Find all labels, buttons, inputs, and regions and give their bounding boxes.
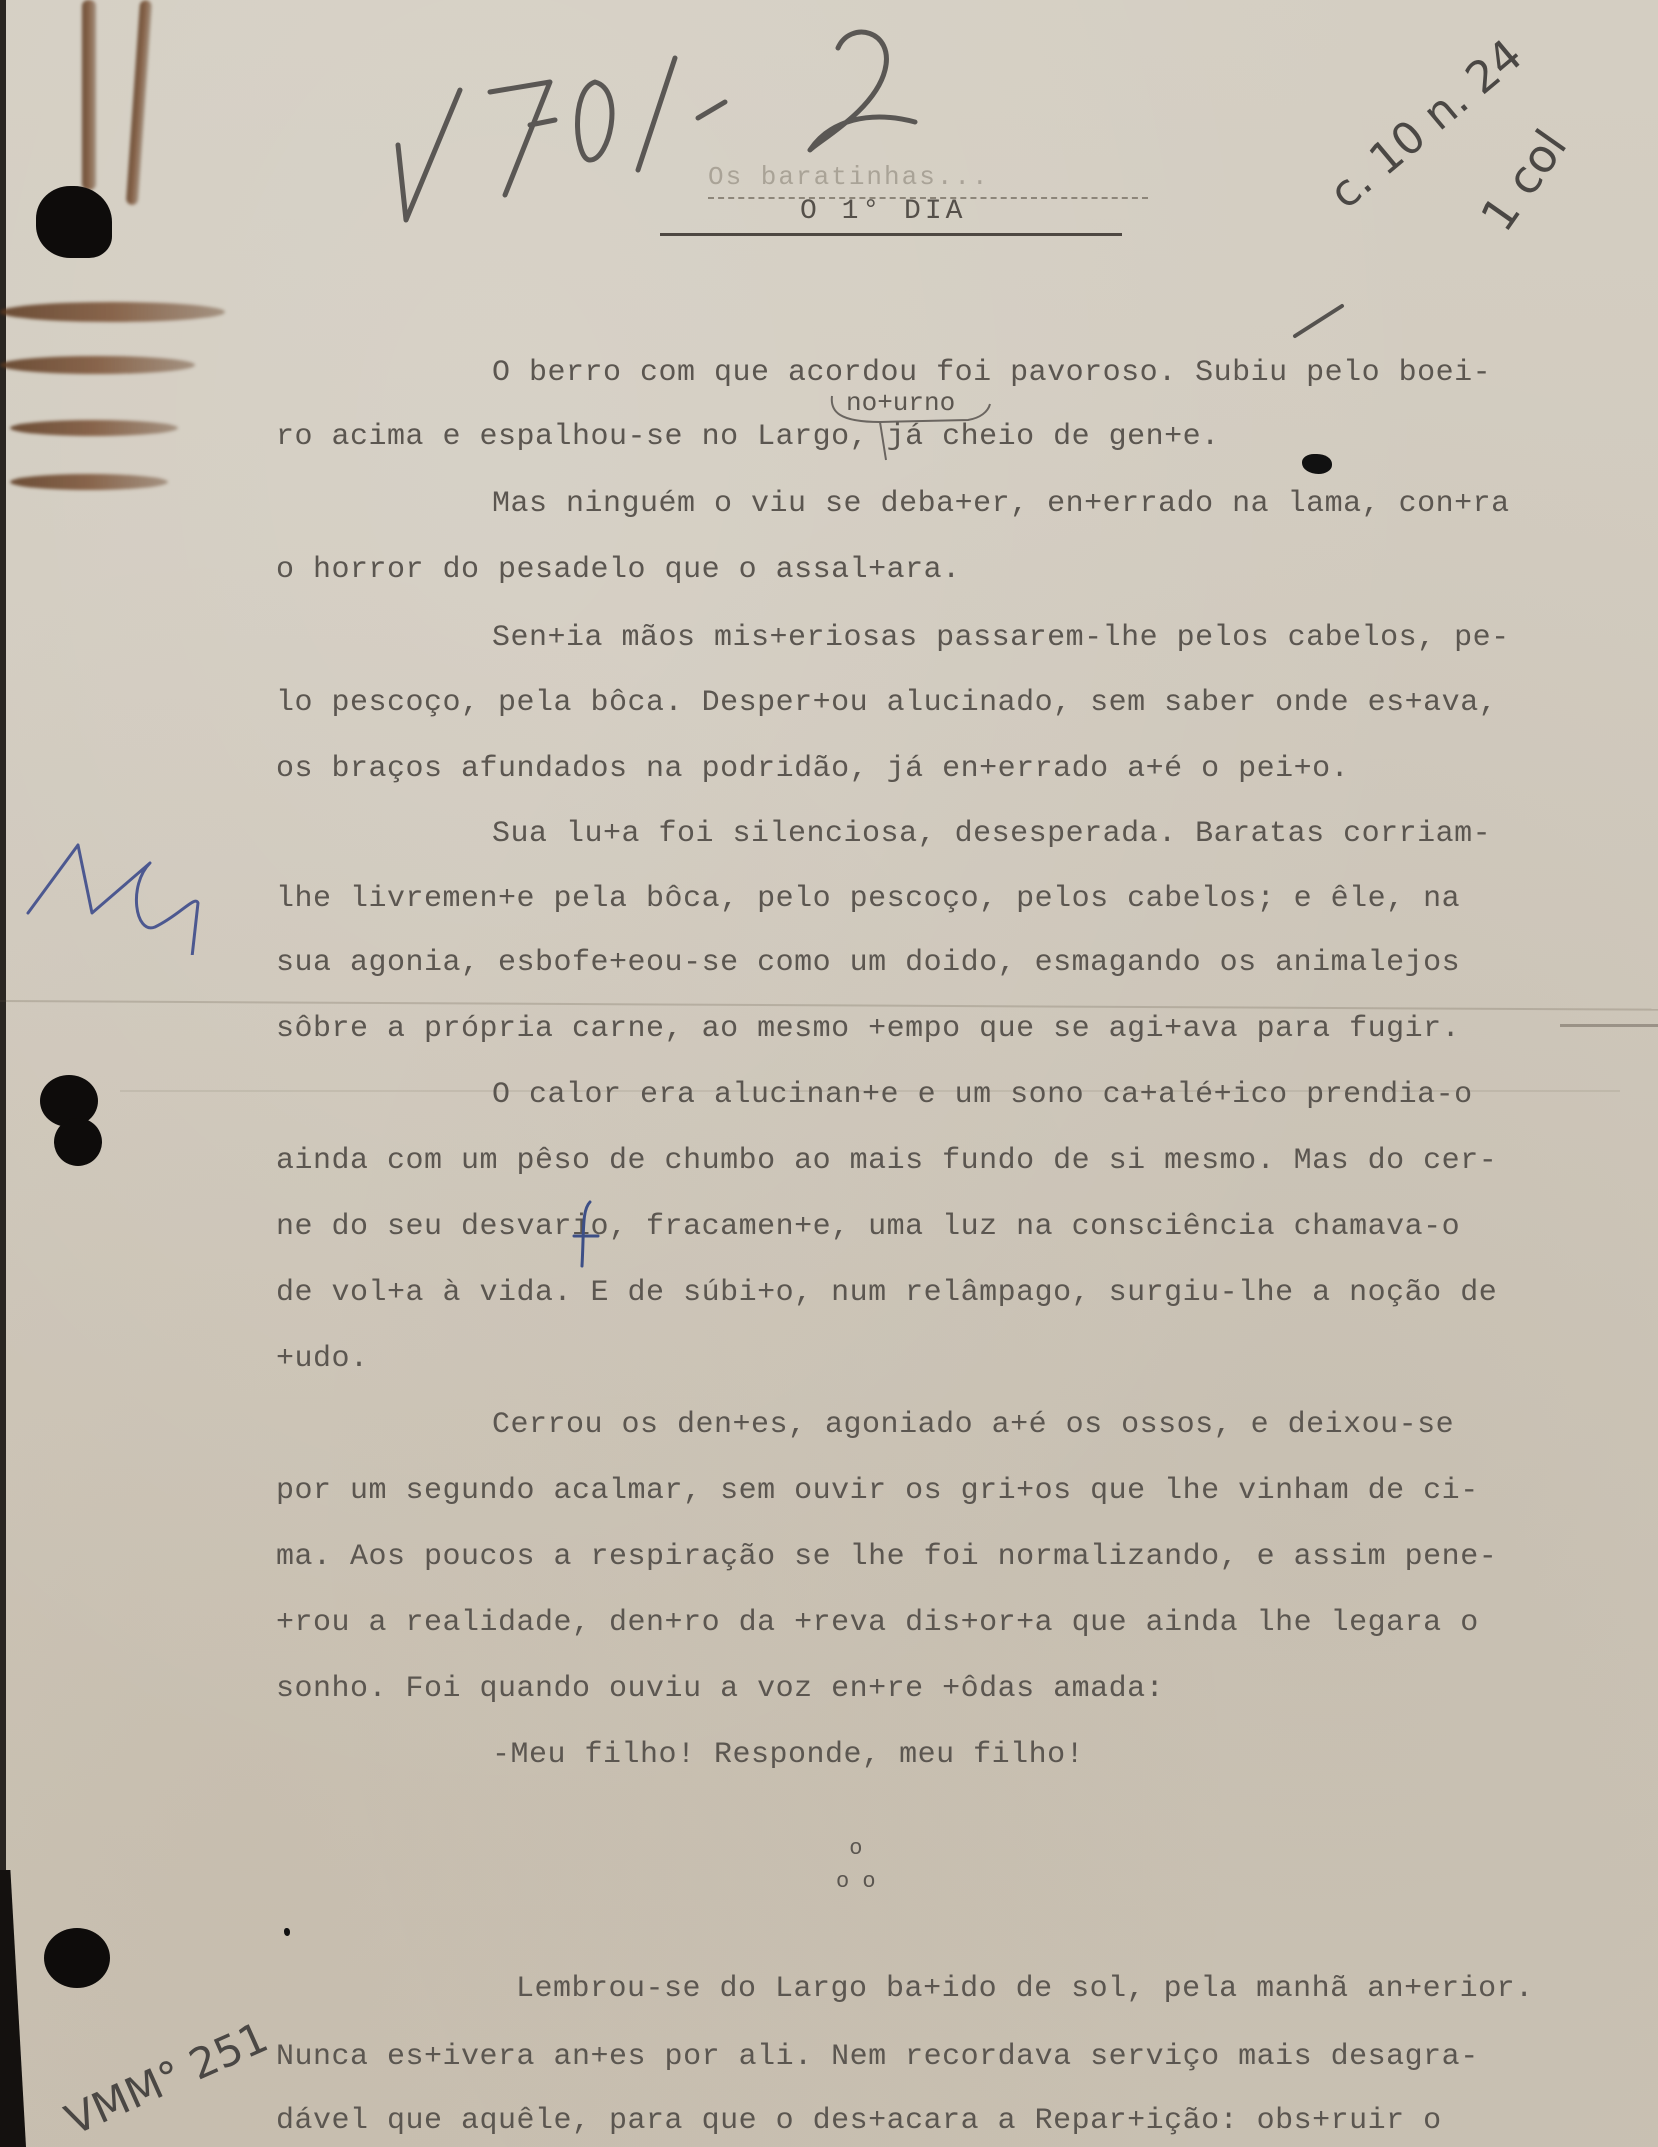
text-line: ainda com um pêso de chumbo ao mais fund… xyxy=(276,1144,1497,1178)
page-title: O 1° DIA xyxy=(800,196,966,227)
manuscript-page: c. 10 n. 24 1 col VMM° 251 Os baratinhas… xyxy=(0,0,1658,2147)
blue-ink-correction-mark xyxy=(568,1200,608,1270)
text-line: Mas ninguém o viu se deba+er, en+errado … xyxy=(492,487,1510,521)
section-break-asterism: o o o xyxy=(836,1836,876,1894)
rust-stain xyxy=(0,302,225,322)
page-left-edge xyxy=(0,0,6,2147)
text-line: por um segundo acalmar, sem ouvir os gri… xyxy=(276,1474,1479,1508)
page-left-edge-shadow xyxy=(0,1870,26,2147)
punch-hole xyxy=(36,186,112,258)
rust-stain xyxy=(10,474,168,490)
text-line: sonho. Foi quando ouviu a voz en+re +ôda… xyxy=(276,1672,1164,1706)
blue-ink-margin-mark xyxy=(20,805,200,955)
rust-stain xyxy=(82,0,96,190)
text-line: Nunca es+ivera an+es por ali. Nem record… xyxy=(276,2040,1479,2074)
ink-dot xyxy=(284,1928,290,1936)
rust-stain xyxy=(126,0,152,205)
text-line: os braços afundados na podridão, já en+e… xyxy=(276,752,1349,786)
text-line: Lembrou-se do Largo ba+ido de sol, pela … xyxy=(516,1972,1534,2006)
text-line: +udo. xyxy=(276,1342,369,1376)
paper-crease xyxy=(1560,1024,1658,1027)
title-underline xyxy=(660,233,1122,236)
rust-stain xyxy=(10,420,178,436)
pencil-note-line2: 1 col xyxy=(1470,120,1577,241)
text-line: sua agonia, esbofe+eou-se como um doido,… xyxy=(276,946,1460,980)
dialogue-line: -Meu filho! Responde, meu filho! xyxy=(492,1738,1084,1772)
punch-hole xyxy=(44,1928,110,1988)
text-line: dável que aquêle, para que o des+acara a… xyxy=(276,2104,1442,2138)
text-line: sôbre a própria carne, ao mesmo +empo qu… xyxy=(276,1012,1460,1046)
struck-out-heading: Os baratinhas... xyxy=(708,162,990,192)
pencil-note-column: 1 col xyxy=(1470,120,1577,241)
text-line: ma. Aos poucos a respiração se lhe foi n… xyxy=(276,1540,1497,1574)
text-line: ro acima e espalhou-se no Largo, já chei… xyxy=(276,420,1220,454)
text-line: lhe livremen+e pela bôca, pelo pescoço, … xyxy=(276,882,1460,916)
text-line: Sua lu+a foi silenciosa, desesperada. Ba… xyxy=(492,817,1491,851)
text-line: O calor era alucinan+e e um sono ca+alé+… xyxy=(492,1078,1473,1112)
text-line: ne do seu desvario, fracamen+e, uma luz … xyxy=(276,1210,1460,1244)
text-line: O berro com que acordou foi pavoroso. Su… xyxy=(492,356,1491,390)
paper-crease xyxy=(0,1000,1658,1011)
text-line: Cerrou os den+es, agoniado a+é os ossos,… xyxy=(492,1408,1454,1442)
text-line: de vol+a à vida. E de súbi+o, num relâmp… xyxy=(276,1276,1497,1310)
pencil-dash xyxy=(1290,300,1350,340)
text-line: o horror do pesadelo que o assal+ara. xyxy=(276,553,961,587)
text-line: Sen+ia mãos mis+eriosas passarem-lhe pel… xyxy=(492,621,1510,655)
punch-hole xyxy=(54,1118,102,1166)
text-line: +rou a realidade, den+ro da +reva dis+or… xyxy=(276,1606,1479,1640)
pencil-note-bottom-left: VMM° 251 xyxy=(58,2012,275,2145)
text-line: lo pescoço, pela bôca. Desper+ou alucina… xyxy=(276,686,1497,720)
ink-blot xyxy=(1302,454,1332,474)
rust-stain xyxy=(0,356,195,374)
